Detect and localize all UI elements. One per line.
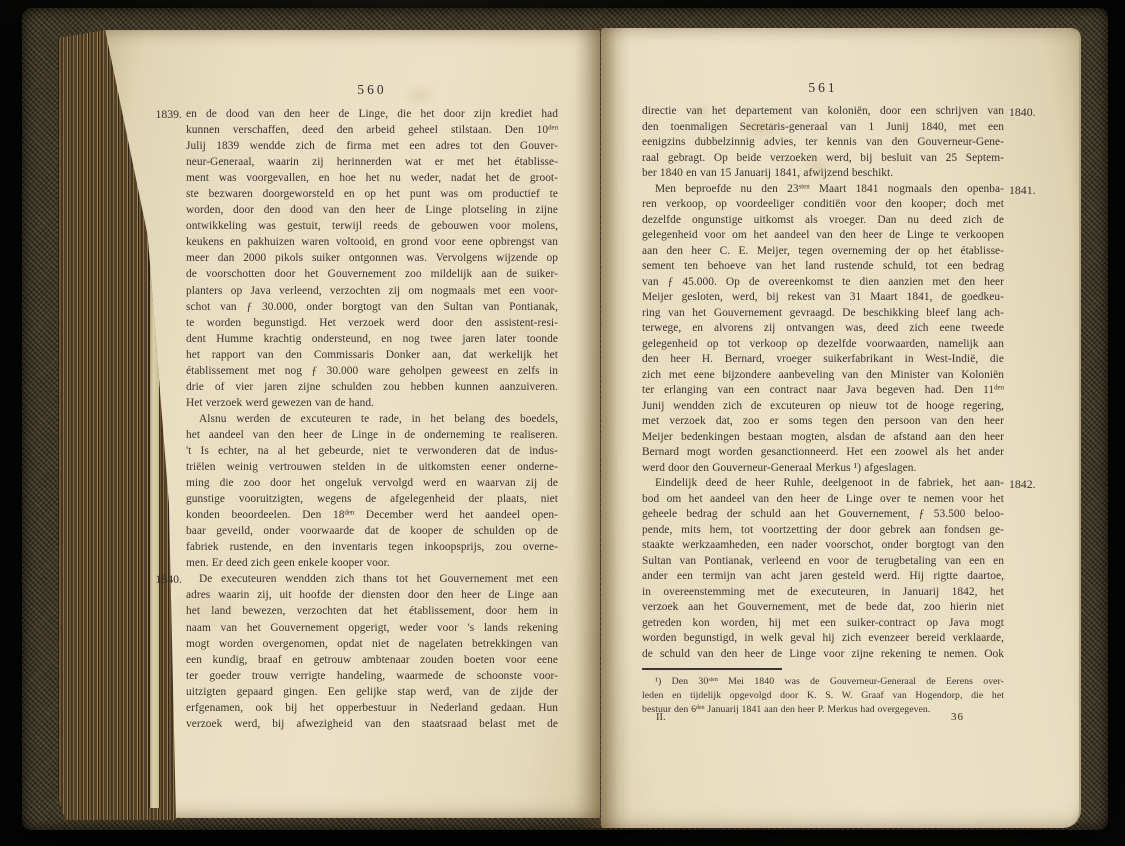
text-line: leden en tijdelijk opgevolgd door K. S. … xyxy=(642,689,1004,703)
text-line: verzoek aan het Gouvernement, met de bed… xyxy=(642,600,1004,616)
text-line: aan den heer C. E. Meijer, tegen overnem… xyxy=(642,244,1004,260)
text-line: ste bezwaren doorgeworsteld en op het pu… xyxy=(186,186,558,202)
margin-year: 1839. xyxy=(142,107,182,122)
text-line: directie van het departement van kolonië… xyxy=(642,104,1004,120)
text-line: mogt worden overgenomen, opdat niet de n… xyxy=(186,636,558,652)
footnote-rule xyxy=(642,668,782,670)
text-line: ter erlanging van een contract naar Java… xyxy=(642,383,1004,399)
text-line: staakte werkzaamheden, een nader voorsch… xyxy=(642,538,1004,554)
text-line: De executeuren wendden zich thans tot he… xyxy=(186,571,558,587)
margin-year: 1840. xyxy=(142,572,182,587)
text-line: pende, mits hem, tot voortzetting der do… xyxy=(642,523,1004,539)
text-line: terwege, en alvorens zij ontvangen was, … xyxy=(642,321,1004,337)
text-line: meer dan 2000 pikols suiker ontgonnen wa… xyxy=(186,250,558,266)
text-line: ring van het Gouvernement gevraagd. De b… xyxy=(642,306,1004,322)
text-line: met verzoek dat, zoo er soms tegen den p… xyxy=(642,414,1004,430)
text-line: schot van ƒ 30.000, onder borgtogt van d… xyxy=(186,299,558,315)
text-line: in overeenstemming met de executeuren, i… xyxy=(642,585,1004,601)
text-line: den heer H. Bernard, vroeger suikerfabri… xyxy=(642,352,1004,368)
text-line: naam van het Gouvernement opgerigt, wede… xyxy=(186,620,558,636)
text-line: gunstige vooruitzigten, wegens de afgele… xyxy=(186,491,558,507)
text-line: Alsnu werden de excuteuren te rade, in h… xyxy=(186,411,558,427)
text-line: men. Er deed zich geen enkele kooper voo… xyxy=(186,555,558,571)
text-line: adres waarin zij, uit hoofde der dienste… xyxy=(186,587,558,603)
book-photo: 560 561 en de dood van den heer de Linge… xyxy=(0,0,1125,846)
text-line: drie of vier jaren zijne schulden zou he… xyxy=(186,379,558,395)
text-line: eenigzins dubbelzinnig advies, ter kenni… xyxy=(642,135,1004,151)
margin-year: 1842. xyxy=(1009,477,1053,492)
text-line: gelegenheid op tot verkoop op dezelfde v… xyxy=(642,337,1004,353)
text-line: dent Humme krachtig ondersteund, en nog … xyxy=(186,331,558,347)
margin-year: 1841. xyxy=(1009,183,1053,198)
text-line: sement ten behoeve van het land rustende… xyxy=(642,259,1004,275)
text-line: triëlen weinig vertrouwen stelden in de … xyxy=(186,459,558,475)
right-page-number: 561 xyxy=(642,80,1004,96)
left-page-number: 560 xyxy=(186,82,558,98)
text-line: Julij 1839 wendde zich de firma met een … xyxy=(186,138,558,154)
text-line: worden begunstigd, in welk geval hij zic… xyxy=(642,631,1004,647)
text-line: 't Is echter, na al het gebeurde, niet t… xyxy=(186,443,558,459)
right-page-text: directie van het departement van kolonië… xyxy=(642,104,1004,662)
left-page-text: en de dood van den heer de Linge, die he… xyxy=(186,106,558,732)
text-line: getreden kon worden, hij met een suiker-… xyxy=(642,616,1004,632)
text-line: ber 1840 en van 15 Januarij 1841, afwijz… xyxy=(642,166,1004,182)
text-line: van ƒ 45.000. Op de overeenkomst te dien… xyxy=(642,275,1004,291)
text-line: baar geveild, onder voorwaarde dat de ko… xyxy=(186,523,558,539)
text-line: kunnen verschaffen, deed den arbeid gehe… xyxy=(186,122,558,138)
text-line: gelegenheid voor om het aandeel van den … xyxy=(642,228,1004,244)
text-line: raal gebragt. Op beide verzoeken werd, b… xyxy=(642,151,1004,167)
text-line: Men beproefde nu den 23sten Maart 1841 n… xyxy=(642,182,1004,198)
text-line: ¹) Den 30sten Mei 1840 was de Gouverneur… xyxy=(642,675,1004,689)
text-line: Bernard mogt worden gesanctionneerd. Het… xyxy=(642,445,1004,461)
text-line: te worden begunstigd. Het verzoek werd d… xyxy=(186,315,558,331)
text-line: keukens en pakhuizen waren voltooid, en … xyxy=(186,234,558,250)
margin-year: 1840. xyxy=(1009,105,1053,120)
text-line: ontwikkeling was gestuit, terwijl reeds … xyxy=(186,218,558,234)
text-line: het land bewezen, verzochten dat het éta… xyxy=(186,603,558,619)
footnote: ¹) Den 30sten Mei 1840 was de Gouverneur… xyxy=(642,675,1004,716)
text-line: de schuld van den heer de Linge voor zij… xyxy=(642,647,1004,663)
text-line: Meijer bedenkingen bestaan mogten, alsda… xyxy=(642,430,1004,446)
text-line: worden, door den dood van den heer de Li… xyxy=(186,202,558,218)
text-line: neur-Generaal, waarin zij herinnerden wa… xyxy=(186,154,558,170)
text-line: zich met eene bijzondere aanbeveling van… xyxy=(642,368,1004,384)
text-line: établissement met nog ƒ 30.000 ware geho… xyxy=(186,363,558,379)
text-line: planters op Java verleend, verzochten zi… xyxy=(186,283,558,299)
volume-mark: II. xyxy=(656,712,666,723)
text-line: Eindelijk deed de heer Ruhle, deelgenoot… xyxy=(642,476,1004,492)
text-line: Junij wendden zich de excuteuren op nieu… xyxy=(642,399,1004,415)
text-line: konden beoordeelen. Den 18den December w… xyxy=(186,507,558,523)
text-line: ment was voorgevallen, en hoe het nu wed… xyxy=(186,170,558,186)
text-line: het aandeel van den heer de Linge in de … xyxy=(186,427,558,443)
text-line: het rapport van den Commissaris Donker a… xyxy=(186,347,558,363)
text-line: en de dood van den heer de Linge, die he… xyxy=(186,106,558,122)
text-line: een kundig, braaf en getrouw ambtenaar z… xyxy=(186,652,558,668)
text-line: verzoek werd, bij afwezigheid van den st… xyxy=(186,716,558,732)
text-line: Het verzoek werd gewezen van de hand. xyxy=(186,395,558,411)
text-line: ander een termijn van acht jaren gesteld… xyxy=(642,569,1004,585)
text-line: Meijer gesloten, werd, bij rekest van 31… xyxy=(642,290,1004,306)
text-line: den toenmaligen Secretaris-generaal van … xyxy=(642,120,1004,136)
text-line: bod om het aandeel van den heer de Linge… xyxy=(642,492,1004,508)
text-line: ren verkoop, op voordeeliger conditiën v… xyxy=(642,197,1004,213)
text-line: fabriek rustende, en den inventaris tege… xyxy=(186,539,558,555)
text-line: ter goeder trouw verrigte handeling, waa… xyxy=(186,668,558,684)
text-line: uitzigten gepaard gingen. Een gelijke st… xyxy=(186,684,558,700)
text-line: geheele bedrag der schuld aan het Gouver… xyxy=(642,507,1004,523)
text-line: dezelfde ongunstige uitkomst als vroeger… xyxy=(642,213,1004,229)
text-line: bestuur den 6den Januarij 1841 aan den h… xyxy=(642,703,1004,717)
text-line: werd door den Gouverneur-Generaal Merkus… xyxy=(642,461,1004,477)
text-line: erfgenamen, ook bij het opperbestuur in … xyxy=(186,700,558,716)
text-line: ming die zoo door het ongeluk vervolgd w… xyxy=(186,475,558,491)
text-line: Sultan van Pontianak, verleend en voor d… xyxy=(642,554,1004,570)
text-line: de voorschotten door het Gouvernement zo… xyxy=(186,266,558,282)
signature-mark: 36 xyxy=(951,711,964,723)
